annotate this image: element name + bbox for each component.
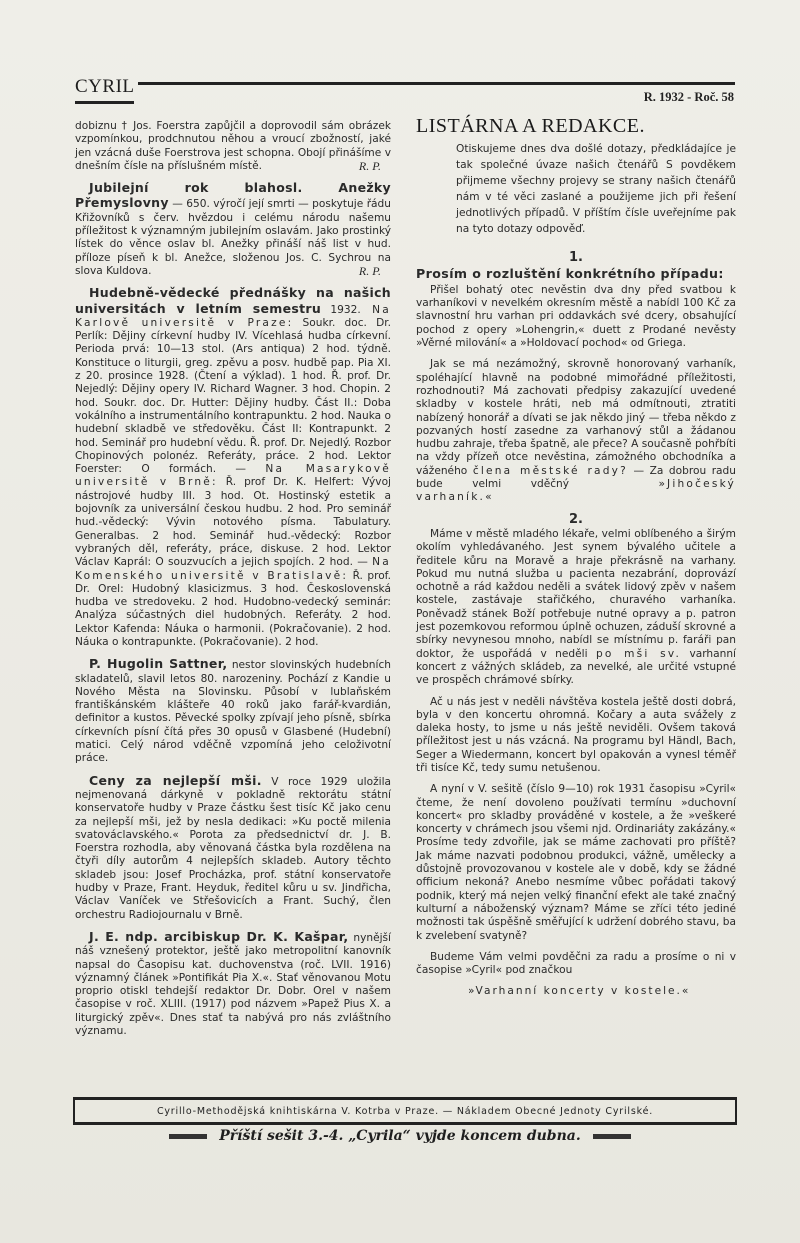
article-text: V roce 1929 uložila nejmenovaná dárkyně … bbox=[75, 776, 391, 921]
title-underline bbox=[75, 101, 134, 104]
article-foerster-picture: dobiznu † Jos. Foerstra zapůjčil a dopro… bbox=[75, 120, 391, 173]
author-signature: R. P. bbox=[345, 265, 391, 278]
question-2-paragraph: Ač u nás jest v neděli návštěva kostela … bbox=[416, 696, 736, 776]
article-text: nestor slovinských hudebních skladatelů,… bbox=[75, 659, 391, 764]
lecture-year: 1932. bbox=[321, 304, 361, 316]
printer-imprint: Cyrillo-Methodějská knihtiskárna V. Kotr… bbox=[73, 1097, 737, 1125]
article-mass-prize: Ceny za nejlepší mši. V roce 1929 uložil… bbox=[75, 774, 391, 922]
article-text: Ř. prof Dr. K. Helfert: Vývoj nástrojové… bbox=[75, 476, 391, 568]
next-issue-text: Příští sešit 3.-4. „Cyrila“ vyjde koncem… bbox=[219, 1128, 580, 1144]
article-kaspar: J. E. ndp. arcibiskup Dr. K. Kašpar, nyn… bbox=[75, 930, 391, 1038]
question-number: 1. bbox=[416, 251, 736, 264]
article-university-lectures: Hudebně-vědecké přednášky na našich univ… bbox=[75, 286, 391, 649]
question-1-paragraph: Přišel bohatý otec nevěstin dva dny před… bbox=[416, 284, 736, 350]
reader-pseudonym: »Varhanní koncerty v kostele.« bbox=[416, 985, 736, 998]
next-issue-notice: Příští sešit 3.-4. „Cyrila“ vyjde koncem… bbox=[0, 1128, 800, 1144]
question-number: 2. bbox=[416, 513, 736, 526]
article-text: Soukr. doc. Dr. Perlík: Dějiny církevní … bbox=[75, 317, 391, 475]
article-lead: Ceny za nejlepší mši. bbox=[89, 773, 262, 788]
issue-number: R. 1932 - Roč. 58 bbox=[644, 90, 734, 105]
article-text: dobiznu † Jos. Foerstra zapůjčil a dopro… bbox=[75, 120, 391, 172]
question-1-paragraph: Jak se má nezámožný, skrovně honorovaný … bbox=[416, 358, 736, 504]
header-rule bbox=[138, 82, 735, 85]
question-heading: Prosím o rozluštění konkrétního případu: bbox=[416, 267, 736, 280]
left-column: dobiznu † Jos. Foerstra zapůjčil a dopro… bbox=[75, 120, 391, 1046]
article-text: nynější náš vznešený protektor, ještě ja… bbox=[75, 932, 391, 1037]
emphasis-text: člena městské rady? bbox=[473, 465, 628, 477]
emphasis-text: po mši sv. bbox=[596, 648, 681, 660]
article-lead: P. Hugolin Sattner, bbox=[89, 656, 227, 671]
journal-title: CYRIL bbox=[75, 76, 135, 98]
section-title: LISTÁRNA A REDAKCE. bbox=[416, 120, 736, 133]
question-2-paragraph: Máme v městě mladého lékaře, velmi oblíb… bbox=[416, 528, 736, 688]
ornament-bar bbox=[169, 1134, 207, 1139]
section-intro: Otiskujeme dnes dva došlé dotazy, předkl… bbox=[416, 141, 736, 237]
question-2-paragraph: Budeme Vám velmi povděčni za radu a pros… bbox=[416, 951, 736, 978]
paragraph-text: Máme v městě mladého lékaře, velmi oblíb… bbox=[416, 528, 736, 660]
right-column: LISTÁRNA A REDAKCE. Otiskujeme dnes dva … bbox=[416, 120, 736, 999]
question-2-paragraph: A nyní v V. sešitě (číslo 9—10) rok 1931… bbox=[416, 783, 736, 943]
journal-page: CYRIL R. 1932 - Roč. 58 dobiznu † Jos. F… bbox=[0, 0, 800, 1243]
article-sattner: P. Hugolin Sattner, nestor slovinských h… bbox=[75, 657, 391, 765]
article-anezka-jubilee: Jubilejní rok blahosl. Anežky Přemyslovn… bbox=[75, 181, 391, 278]
paragraph-text: Jak se má nezámožný, skrovně honorovaný … bbox=[416, 358, 736, 476]
author-signature: R. P. bbox=[359, 160, 391, 173]
ornament-bar bbox=[593, 1134, 631, 1139]
article-lead: J. E. ndp. arcibiskup Dr. K. Kašpar, bbox=[89, 929, 348, 944]
imprint-text: Cyrillo-Methodějská knihtiskárna V. Kotr… bbox=[157, 1106, 653, 1117]
